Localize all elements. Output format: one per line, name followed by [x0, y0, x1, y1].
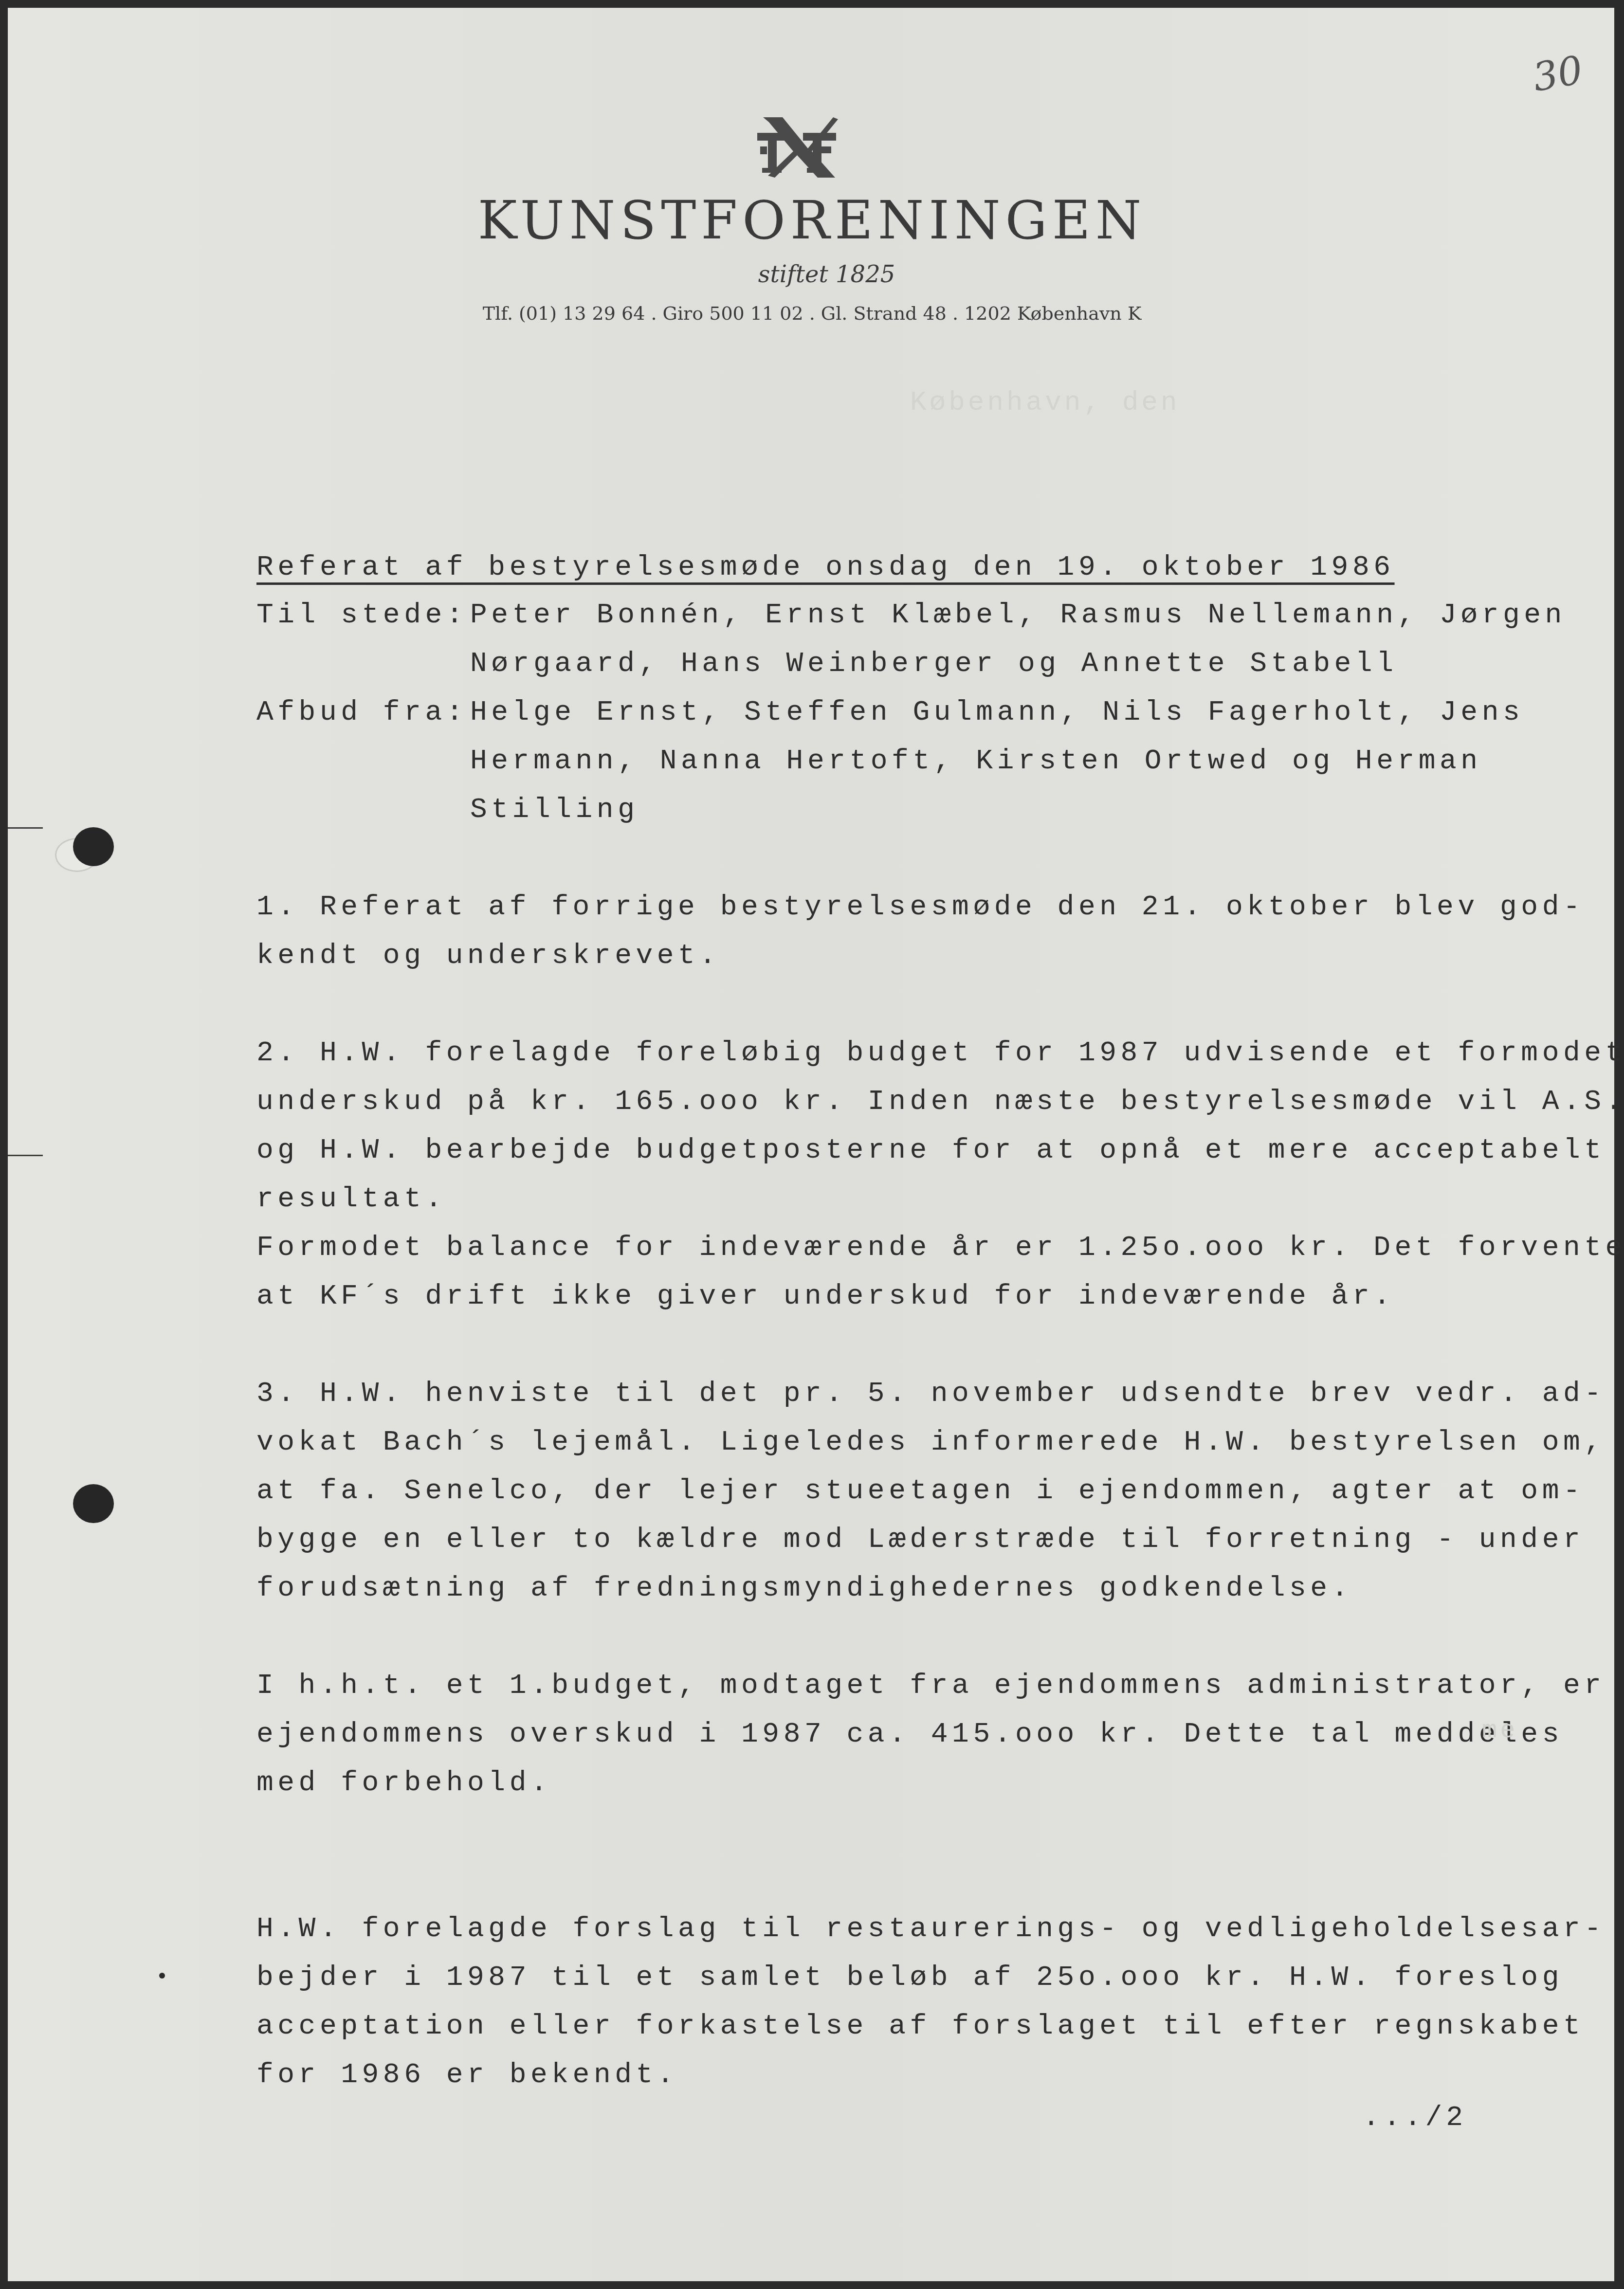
continuation-marker: .../2: [1363, 2102, 1467, 2134]
paragraph-line: resultat.: [256, 1175, 446, 1224]
faint-trailing-text: me: [1482, 1716, 1518, 1745]
paragraph-line: og H.W. bearbejde budgetposterne for at …: [256, 1126, 1606, 1175]
paragraph-line: H.W. forelagde forslag til restaurerings…: [256, 1905, 1606, 1954]
paragraph-line: Formodet balance for indeværende år er 1…: [256, 1224, 1624, 1272]
paragraph-line: vokat Bach´s lejemål. Ligeledes informer…: [256, 1418, 1606, 1467]
paragraph-line: ejendommens overskud i 1987 ca. 415.ooo …: [256, 1710, 1563, 1759]
handwritten-page-number: 30: [1530, 47, 1586, 100]
attendance-names-line: Helge Ernst, Steffen Gulmann, Nils Fager…: [470, 689, 1524, 737]
fold-mark: [8, 1155, 43, 1156]
paragraph-line: med forbehold.: [256, 1759, 551, 1808]
attendance-names-line: Hermann, Nanna Hertoft, Kirsten Ortwed o…: [470, 737, 1482, 786]
paragraph-line: at KF´s drift ikke giver underskud for i…: [256, 1272, 1395, 1321]
contact-line: Tlf. (01) 13 29 64 . Giro 500 11 02 . Gl…: [0, 304, 1624, 323]
attendance-label: Afbud fra:: [256, 689, 467, 737]
paragraph-line: underskud på kr. 165.ooo kr. Inden næste…: [256, 1078, 1624, 1126]
paragraph-line: 1. Referat af forrige bestyrelsesmøde de…: [256, 883, 1584, 932]
founded-line: stiftet 1825: [0, 263, 1624, 286]
paragraph-line: bejder i 1987 til et samlet beløb af 25o…: [256, 1954, 1563, 2002]
paragraph-line: kendt og underskrevet.: [256, 932, 720, 981]
document-title: Referat af bestyrelsesmøde onsdag den 19…: [256, 544, 1395, 592]
fold-mark: [8, 827, 43, 829]
attendance-names-line: Peter Bonnén, Ernst Klæbel, Rasmus Nelle…: [470, 591, 1566, 640]
paragraph-line: bygge en eller to kældre mod Læderstræde…: [256, 1516, 1584, 1564]
paragraph-line: acceptation eller forkastelse af forslag…: [256, 2002, 1584, 2051]
attendance-names-line: Stilling: [470, 786, 639, 835]
ink-speck: [159, 1973, 165, 1979]
paragraph-line: at fa. Senelco, der lejer stueetagen i e…: [256, 1467, 1584, 1516]
organization-name: KUNSTFORENINGEN: [0, 195, 1624, 247]
paragraph-line: forudsætning af fredningsmyndighedernes …: [256, 1564, 1352, 1613]
attendance-label: Til stede:: [256, 591, 467, 640]
punch-hole: [73, 827, 114, 866]
paragraph-line: 3. H.W. henviste til det pr. 5. november…: [256, 1370, 1606, 1418]
kf-monogram-logo-icon: [749, 114, 842, 180]
faint-place-date: København, den: [910, 387, 1180, 418]
paragraph-line: for 1986 er bekendt.: [256, 2051, 678, 2100]
attendance-names-line: Nørgaard, Hans Weinberger og Annette Sta…: [470, 640, 1397, 689]
paragraph-line: I h.h.t. et 1.budget, modtaget fra ejend…: [256, 1662, 1606, 1710]
punch-hole: [73, 1484, 114, 1523]
paragraph-line: 2. H.W. forelagde foreløbig budget for 1…: [256, 1029, 1624, 1078]
